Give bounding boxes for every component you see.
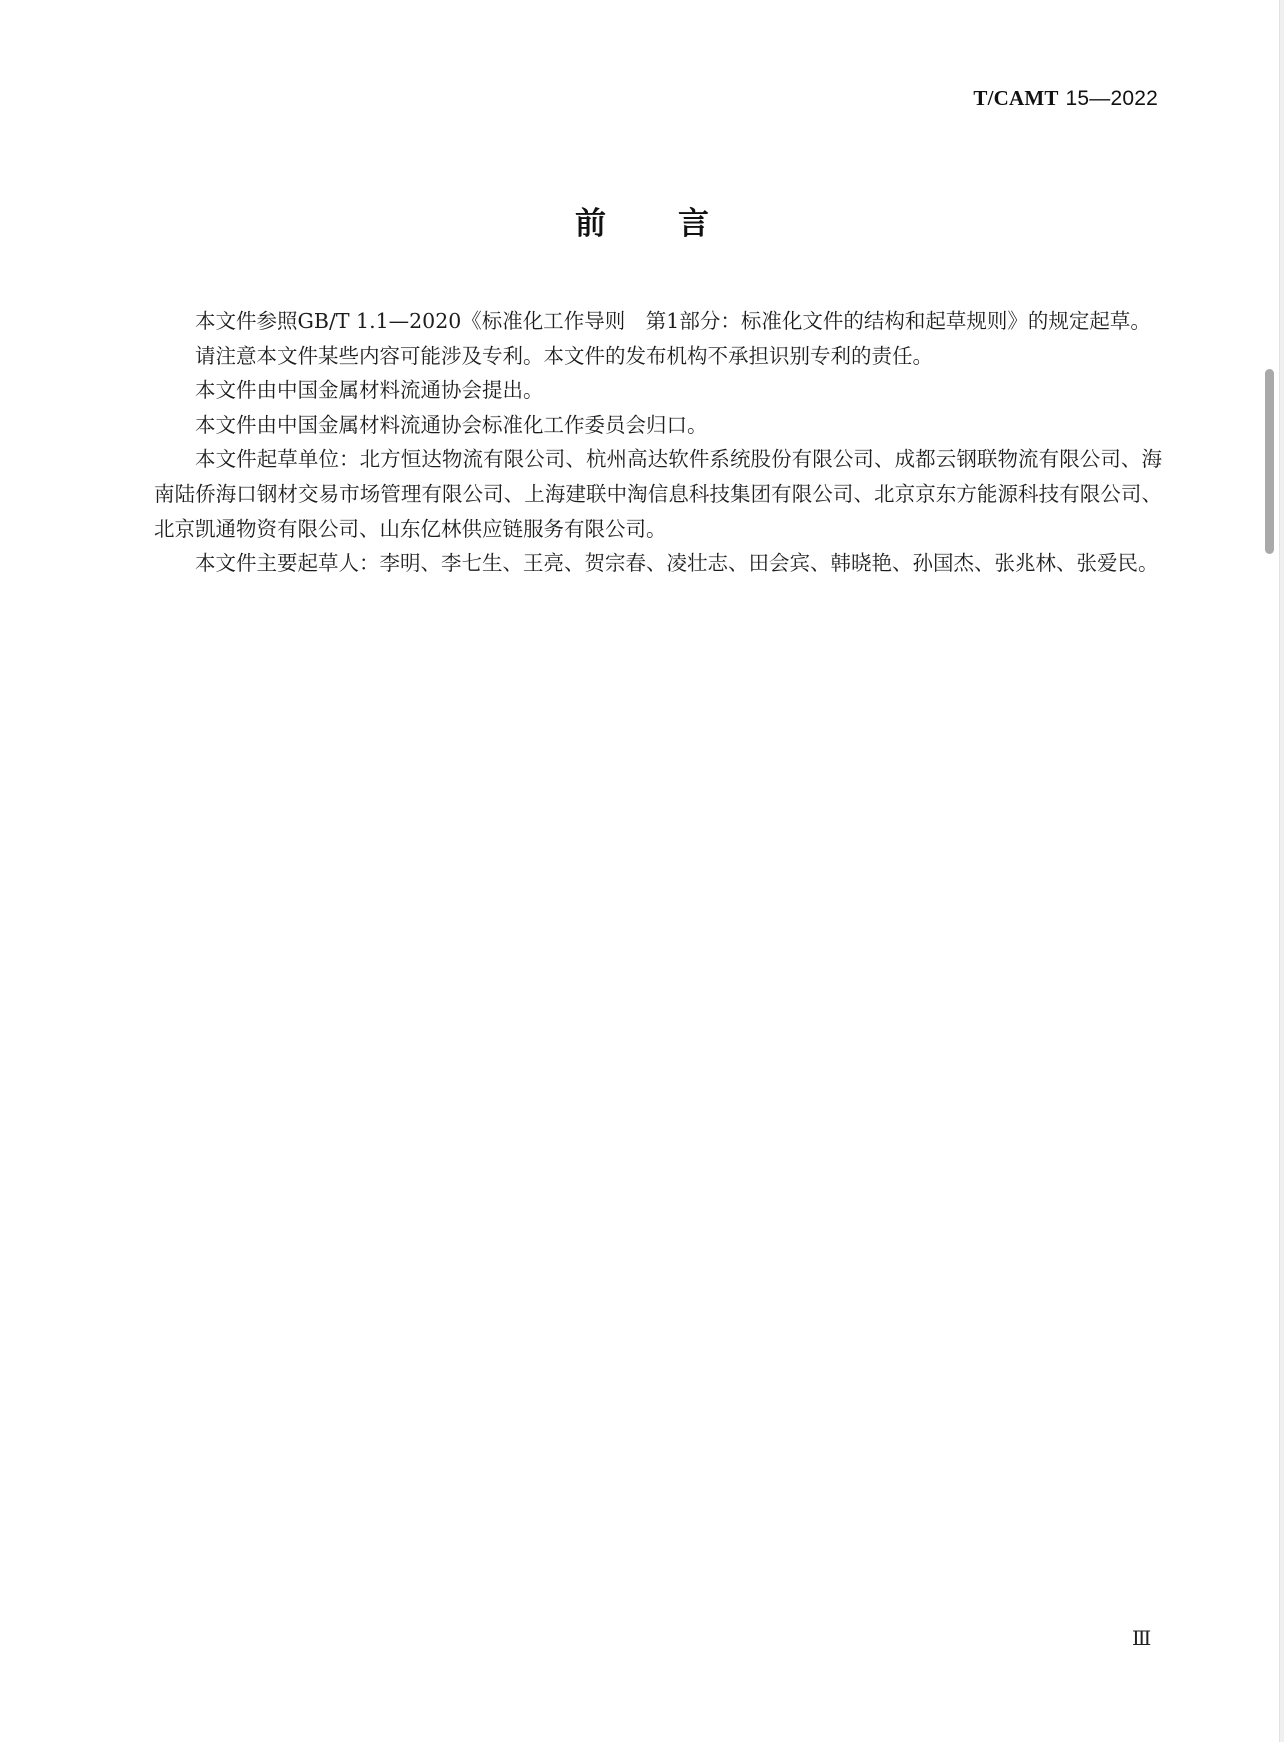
document-code-number: 15—2022 bbox=[1066, 87, 1158, 110]
paragraph-drafting-units: 本文件起草单位：北方恒达物流有限公司、杭州高达软件系统股份有限公司、成都云钢联物… bbox=[154, 442, 1162, 546]
document-code: T/CAMT 15—2022 bbox=[973, 86, 1158, 111]
paragraph-proposer: 本文件由中国金属材料流通协会提出。 bbox=[154, 373, 1162, 408]
document-page: T/CAMT 15—2022 前言 本文件参照GB/T 1.1—2020《标准化… bbox=[0, 0, 1280, 1742]
page-number: Ⅲ bbox=[1132, 1626, 1151, 1651]
scrollbar-track[interactable] bbox=[1279, 0, 1284, 1742]
paragraph-drafters: 本文件主要起草人：李明、李七生、王亮、贺宗春、凌壮志、田会宾、韩晓艳、孙国杰、张… bbox=[154, 546, 1162, 581]
title-char-1: 前 bbox=[575, 198, 606, 243]
paragraph-patent-notice: 请注意本文件某些内容可能涉及专利。本文件的发布机构不承担识别专利的责任。 bbox=[154, 339, 1162, 374]
page-title: 前言 bbox=[0, 198, 1284, 243]
document-code-prefix: T/CAMT bbox=[973, 86, 1058, 110]
title-char-2: 言 bbox=[678, 198, 709, 243]
paragraph-committee: 本文件由中国金属材料流通协会标准化工作委员会归口。 bbox=[154, 408, 1162, 443]
foreword-body: 本文件参照GB/T 1.1—2020《标准化工作导则 第1部分：标准化文件的结构… bbox=[154, 304, 1162, 581]
scrollbar-thumb[interactable] bbox=[1265, 369, 1274, 554]
paragraph-drafting-basis: 本文件参照GB/T 1.1—2020《标准化工作导则 第1部分：标准化文件的结构… bbox=[154, 304, 1162, 339]
